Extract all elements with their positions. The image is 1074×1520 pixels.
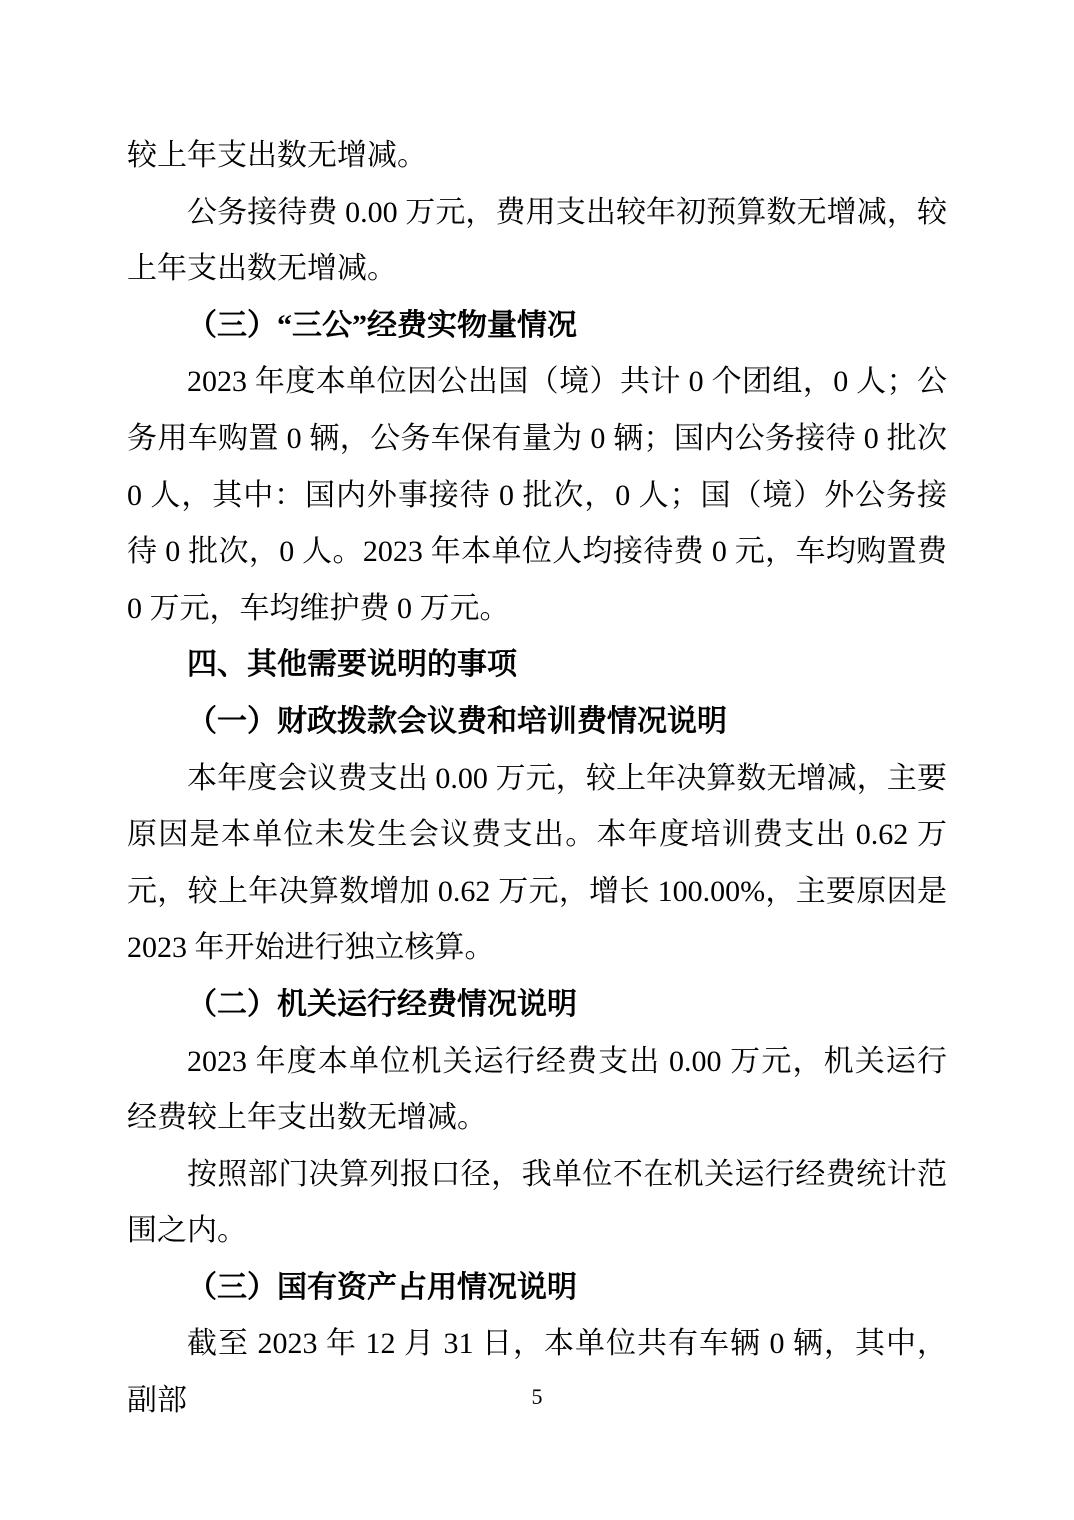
- paragraph: 按照部门决算列报口径，我单位不在机关运行经费统计范围之内。: [127, 1147, 947, 1260]
- paragraph: 2023 年度本单位机关运行经费支出 0.00 万元，机关运行经费较上年支出数无…: [127, 1034, 947, 1147]
- paragraph: 本年度会议费支出 0.00 万元，较上年决算数无增减，主要原因是本单位未发生会议…: [127, 751, 947, 977]
- paragraph: 公务接待费 0.00 万元，费用支出较年初预算数无增减，较上年支出数无增减。: [127, 185, 947, 298]
- section-heading-level2: （二）机关运行经费情况说明: [127, 977, 947, 1034]
- section-heading-level2: （三）“三公”经费实物量情况: [127, 298, 947, 355]
- page-number: 5: [0, 1382, 1074, 1412]
- section-heading-level1: 四、其他需要说明的事项: [127, 637, 947, 694]
- paragraph: 截至 2023 年 12 月 31 日，本单位共有车辆 0 辆，其中，副部: [127, 1316, 947, 1429]
- section-heading-level2: （三）国有资产占用情况说明: [127, 1260, 947, 1317]
- paragraph: 2023 年度本单位因公出国（境）共计 0 个团组，0 人；公务用车购置 0 辆…: [127, 354, 947, 637]
- section-heading-level2: （一）财政拨款会议费和培训费情况说明: [127, 694, 947, 751]
- paragraph: 较上年支出数无增减。: [127, 128, 947, 185]
- document-page: 较上年支出数无增减。公务接待费 0.00 万元，费用支出较年初预算数无增减，较上…: [0, 0, 1074, 1520]
- document-body: 较上年支出数无增减。公务接待费 0.00 万元，费用支出较年初预算数无增减，较上…: [127, 128, 947, 1430]
